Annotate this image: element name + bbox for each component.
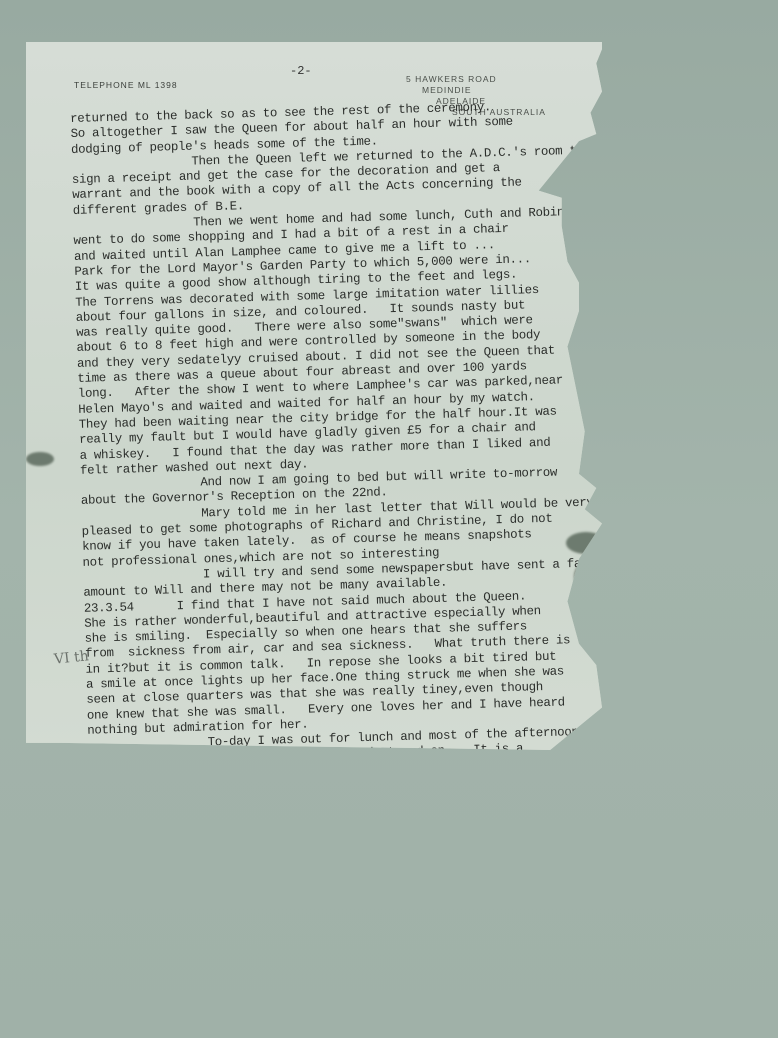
- letter-page: -2- TELEPHONE ML 1398 5 HAWKERS ROAD MED…: [26, 42, 602, 750]
- address-line: MEDINDIE: [406, 85, 546, 96]
- address-line: 5 HAWKERS ROAD: [406, 74, 546, 85]
- letterhead-telephone: TELEPHONE ML 1398: [74, 80, 178, 90]
- stain: [26, 452, 54, 466]
- page-number: -2-: [290, 64, 312, 78]
